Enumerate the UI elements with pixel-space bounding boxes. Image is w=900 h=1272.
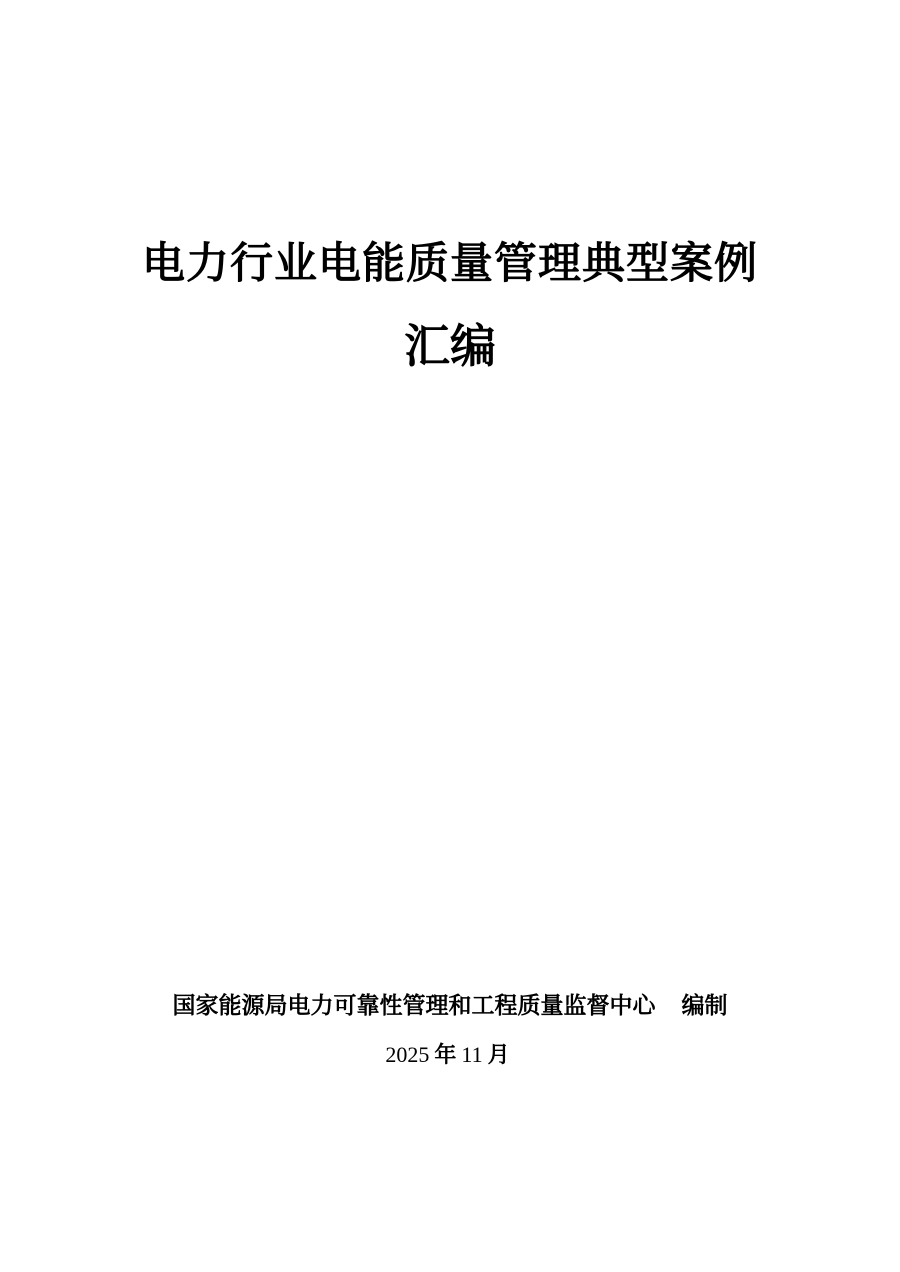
date-year: 2025 [385,1042,429,1067]
publisher-role: 编制 [682,992,728,1019]
document-title-line-1: 电力行业电能质量管理典型案例 [0,236,900,292]
date-month-char: 月 [488,1042,510,1068]
document-title-line-2: 汇编 [0,316,900,376]
publisher-line: 国家能源局电力可靠性管理和工程质量监督中心编制 [0,990,900,1022]
date-month: 11 [461,1042,482,1067]
date-year-char: 年 [434,1042,456,1068]
publisher-organization: 国家能源局电力可靠性管理和工程质量监督中心 [173,992,656,1019]
publication-date: 2025年11月 [0,1040,900,1071]
